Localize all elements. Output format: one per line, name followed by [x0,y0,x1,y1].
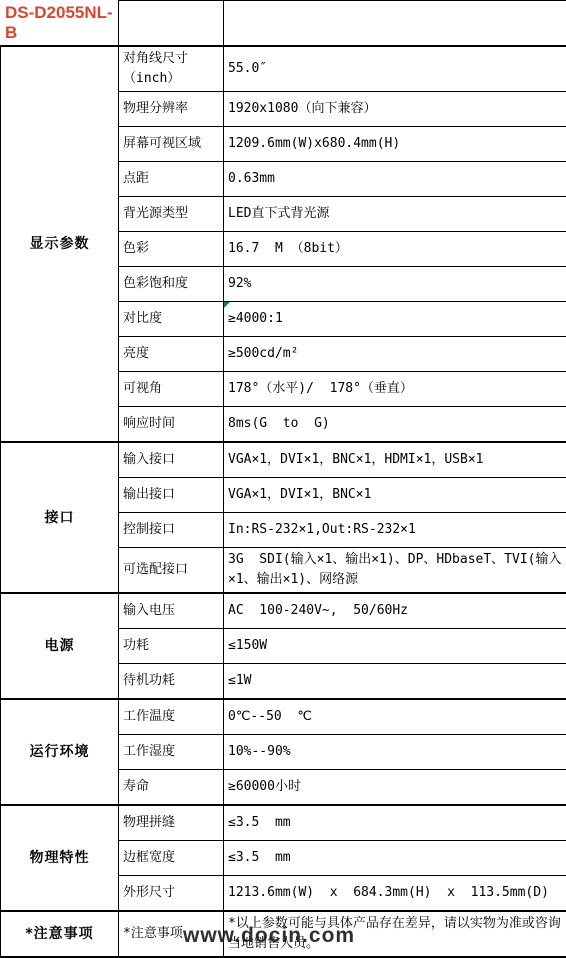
spec-value-text: ≤3.5 mm [228,815,291,830]
spec-value-cell: 16.7 M （8bit） [224,232,566,267]
spec-label-cell: 工作温度 [119,699,224,735]
spec-label-cell: 可视角 [119,372,224,407]
spec-value-cell: VGA×1，DVI×1，BNC×1，HDMI×1，USB×1 [224,442,566,478]
spec-value-text: 1209.6mm(W)x680.4mm(H) [228,136,400,151]
spec-label-cell: 色彩饱和度 [119,267,224,302]
spec-label-cell: 屏幕可视区域 [119,127,224,162]
spec-value-text: VGA×1，DVI×1，BNC×1 [228,487,371,502]
spec-value-text: 92% [228,276,251,291]
spec-value-text: ≥60000小时 [228,779,301,794]
spec-label-cell: *注意事项 [119,911,224,957]
spec-label-cell: 物理拼缝 [119,805,224,841]
spec-label-cell: 物理分辨率 [119,92,224,127]
spec-label-cell: 待机功耗 [119,664,224,700]
spec-value-text: 10%--90% [228,744,291,759]
spec-label-cell: 工作湿度 [119,735,224,770]
header-row: DS-D2055NL-B [1,1,566,47]
table-row: 物理特性物理拼缝≤3.5 mm [1,805,566,841]
section-label-cell: *注意事项 [1,911,119,957]
table-row: 接口输入接口VGA×1，DVI×1，BNC×1，HDMI×1，USB×1 [1,442,566,478]
spec-value-cell: 92% [224,267,566,302]
spec-value-text: LED直下式背光源 [228,206,329,221]
spec-value-cell: 178°（水平)/ 178°（垂直） [224,372,566,407]
spec-value-text: In:RS-232×1,Out:RS-232×1 [228,522,416,537]
spec-label-cell: 对比度 [119,302,224,337]
spec-value-cell: ≤1W [224,664,566,700]
spec-value-cell: VGA×1，DVI×1，BNC×1 [224,478,566,513]
spec-label-cell: 背光源类型 [119,197,224,232]
section-label-cell: 运行环境 [1,699,119,805]
spec-value-text: 0.63mm [228,171,275,186]
spec-value-cell: 1209.6mm(W)x680.4mm(H) [224,127,566,162]
spec-sheet-page: DS-D2055NL-B 显示参数对角线尺寸（inch）55.0″物理分辨率19… [0,0,566,958]
product-model: DS-D2055NL-B [1,1,119,47]
spec-value-cell: 3G SDI(输入×1、输出×1)、DP、HDbaseT、TVI(输入×1、输出… [224,548,566,594]
spec-value-cell: 1213.6mm(W) x 684.3mm(H) x 113.5mm(D) [224,876,566,912]
spec-value-text: ≥4000:1 [228,311,283,326]
spec-value-text: *以上参数可能与具体产品存在差异，请以实物为准或咨询当地销售人员。 [228,916,561,951]
spec-value-cell: ≥500cd/m² [224,337,566,372]
spec-value-cell: AC 100-240V~, 50/60Hz [224,593,566,629]
spec-value-cell: 10%--90% [224,735,566,770]
spec-value-cell: 8ms(G to G) [224,407,566,443]
spec-value-cell: 55.0″ [224,46,566,92]
spec-label-cell: 外形尺寸 [119,876,224,912]
spec-label-cell: 亮度 [119,337,224,372]
spec-value-cell: ≥4000:1 [224,302,566,337]
spec-table-body: DS-D2055NL-B 显示参数对角线尺寸（inch）55.0″物理分辨率19… [1,1,566,958]
table-row: 显示参数对角线尺寸（inch）55.0″ [1,46,566,92]
spec-value-cell: ≤3.5 mm [224,841,566,876]
spec-value-cell: ≤3.5 mm [224,805,566,841]
spec-label-cell: 输入接口 [119,442,224,478]
section-label-cell: 电源 [1,593,119,699]
spec-value-text: 178°（水平)/ 178°（垂直） [228,381,413,396]
table-row: *注意事项*注意事项*以上参数可能与具体产品存在差异，请以实物为准或咨询当地销售… [1,911,566,957]
spec-label-cell: 可选配接口 [119,548,224,594]
spec-label-cell: 点距 [119,162,224,197]
spec-value-cell: 1920x1080（向下兼容） [224,92,566,127]
spec-value-text: 3G SDI(输入×1、输出×1)、DP、HDbaseT、TVI(输入×1、输出… [228,552,562,587]
header-empty-cell [119,1,224,47]
table-row: 电源输入电压AC 100-240V~, 50/60Hz [1,593,566,629]
spec-value-cell: 0℃--50 ℃ [224,699,566,735]
spec-label-cell: 边框宽度 [119,841,224,876]
spec-value-cell: *以上参数可能与具体产品存在差异，请以实物为准或咨询当地销售人员。 [224,911,566,957]
spec-value-cell: ≥60000小时 [224,770,566,806]
spec-label-cell: 寿命 [119,770,224,806]
spec-value-text: ≤150W [228,638,267,653]
spec-value-cell: LED直下式背光源 [224,197,566,232]
spec-value-cell: ≤150W [224,629,566,664]
section-label-cell: 接口 [1,442,119,593]
section-label-cell: 显示参数 [1,46,119,442]
cell-corner-marker-icon [224,302,230,308]
spec-label-cell: 输出接口 [119,478,224,513]
spec-value-text: ≤3.5 mm [228,850,291,865]
table-row: 运行环境工作温度0℃--50 ℃ [1,699,566,735]
spec-value-cell: 0.63mm [224,162,566,197]
spec-value-text: ≥500cd/m² [228,346,298,361]
spec-value-text: 1920x1080（向下兼容） [228,101,376,116]
spec-value-text: 55.0″ [228,61,267,76]
section-label-cell: 物理特性 [1,805,119,911]
spec-value-text: 1213.6mm(W) x 684.3mm(H) x 113.5mm(D) [228,885,549,900]
spec-value-text: 16.7 M （8bit） [228,241,348,256]
spec-label-cell: 输入电压 [119,593,224,629]
spec-table: DS-D2055NL-B 显示参数对角线尺寸（inch）55.0″物理分辨率19… [0,0,566,958]
spec-value-cell: In:RS-232×1,Out:RS-232×1 [224,513,566,548]
spec-value-text: VGA×1，DVI×1，BNC×1，HDMI×1，USB×1 [228,452,484,467]
spec-value-text: AC 100-240V~, 50/60Hz [228,603,408,618]
spec-value-text: 0℃--50 ℃ [228,709,312,724]
spec-label-cell: 响应时间 [119,407,224,443]
spec-label-cell: 功耗 [119,629,224,664]
spec-value-text: 8ms(G to G) [228,416,330,431]
spec-label-cell: 控制接口 [119,513,224,548]
header-empty-cell [224,1,566,47]
spec-label-cell: 色彩 [119,232,224,267]
spec-value-text: ≤1W [228,673,251,688]
spec-label-cell: 对角线尺寸（inch） [119,46,224,92]
